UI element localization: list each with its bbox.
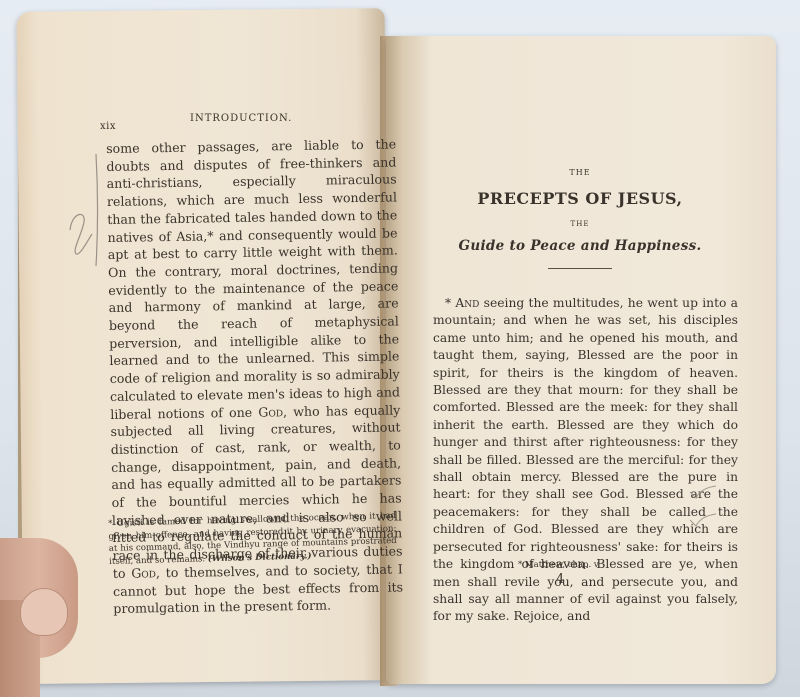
- thumb: [20, 588, 68, 636]
- title-main: PRECEPTS OF JESUS,: [430, 189, 730, 208]
- right-page-body: * And seeing the multitudes, he went up …: [433, 295, 738, 626]
- signature-mark: 4: [556, 572, 564, 587]
- subtitle: Guide to Peace and Happiness.: [430, 238, 730, 254]
- title-the: THE: [430, 168, 730, 177]
- footnote-citation: (Wilson's Dictionary.): [208, 551, 312, 564]
- body-paragraph: * And seeing the multitudes, he went up …: [433, 295, 738, 626]
- body-text: some other passages, are liable to the d…: [106, 136, 400, 421]
- body-text-god: God: [131, 565, 156, 580]
- page-number-folio: xix: [100, 121, 116, 132]
- body-text-god: God: [258, 404, 283, 419]
- pencil-check-icon: [688, 512, 718, 528]
- body-text: , to themselves, and to society, that I …: [113, 561, 403, 616]
- left-page-footnote: * Ugisti is famed for having swallowed t…: [108, 510, 397, 568]
- title-the-second: THE: [430, 220, 730, 228]
- open-book: xix INTRODUCTION. some other passages, a…: [0, 0, 800, 697]
- pencil-check-icon: [688, 484, 718, 500]
- right-page-footnote: * Matthew, chap. v.: [518, 560, 600, 570]
- body-lead: * And: [445, 296, 479, 310]
- body-text: seeing the multitudes, he went up into a…: [433, 296, 738, 623]
- pencil-annotation-icon: [62, 150, 110, 270]
- running-head: INTRODUCTION.: [190, 113, 292, 124]
- title-rule-divider: [548, 268, 612, 269]
- title-block: THE PRECEPTS OF JESUS, THE Guide to Peac…: [430, 168, 730, 269]
- left-page-header: xix INTRODUCTION.: [100, 113, 400, 133]
